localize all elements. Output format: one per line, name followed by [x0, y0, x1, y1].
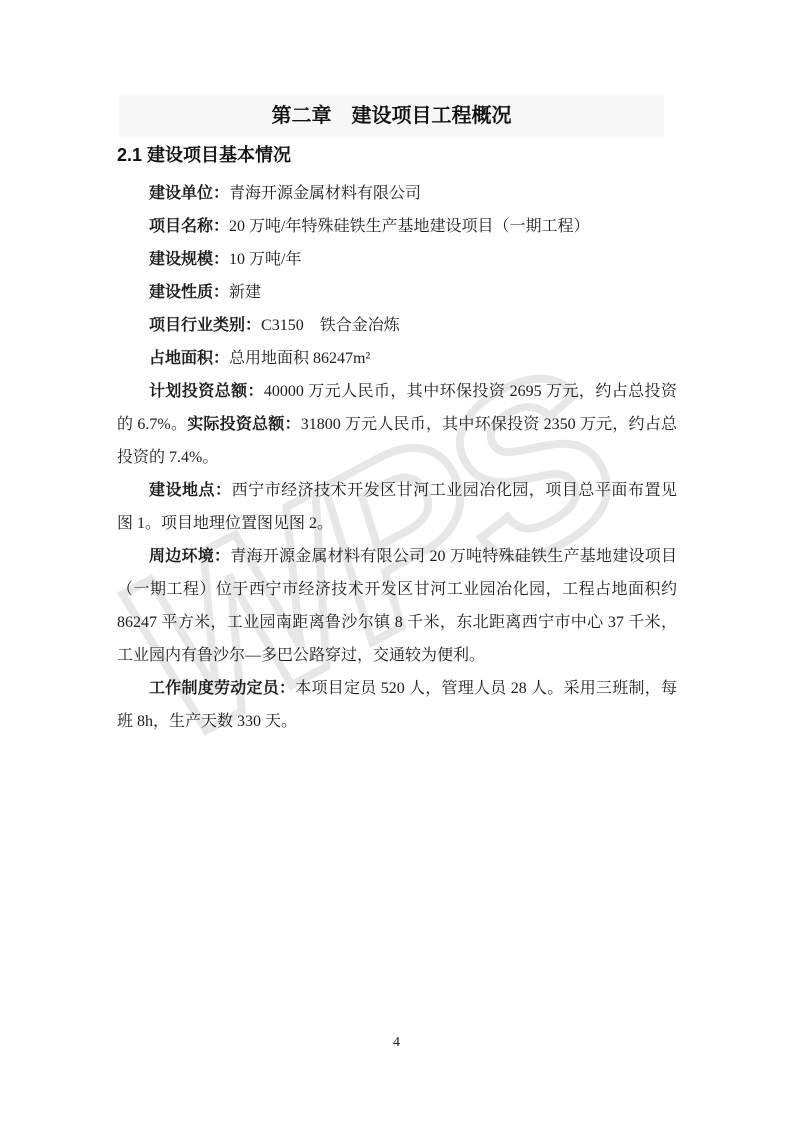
- field-label: 实际投资总额：: [187, 416, 301, 433]
- paragraph: 工作制度劳动定员：本项目定员 520 人，管理人员 28 人。采用三班制，每班 …: [117, 672, 677, 738]
- field-label: 计划投资总额：: [149, 383, 264, 400]
- field-value: 青海开源金属材料有限公司: [229, 185, 421, 202]
- page-content: 第二章 建设项目工程概况 2.1 建设项目基本情况 建设单位：青海开源金属材料有…: [117, 0, 677, 738]
- field-label: 建设单位：: [149, 185, 229, 202]
- paragraph: 建设规模：10 万吨/年: [117, 243, 677, 276]
- field-label: 占地面积：: [149, 350, 229, 367]
- field-value: 新建: [229, 284, 261, 301]
- field-value: 总用地面积 86247m²: [229, 350, 370, 367]
- field-label: 项目行业类别：: [149, 317, 261, 334]
- field-label: 项目名称：: [149, 218, 229, 235]
- paragraph: 建设性质：新建: [117, 276, 677, 309]
- paragraph: 建设单位：青海开源金属材料有限公司: [117, 177, 677, 210]
- field-label: 工作制度劳动定员：: [149, 680, 295, 697]
- section-heading: 2.1 建设项目基本情况: [117, 143, 677, 167]
- document-page: WPS 第二章 建设项目工程概况 2.1 建设项目基本情况 建设单位：青海开源金…: [0, 0, 793, 1122]
- field-label: 建设地点：: [149, 482, 232, 499]
- body-paragraphs: 建设单位：青海开源金属材料有限公司项目名称：20 万吨/年特殊硅铁生产基地建设项…: [117, 177, 677, 738]
- field-value: 20 万吨/年特殊硅铁生产基地建设项目（一期工程）: [229, 218, 589, 235]
- field-value: 青海开源金属材料有限公司 20 万吨特殊硅铁生产基地建设项目（一期工程）位于西宁…: [117, 548, 677, 664]
- field-value: C3150 铁合金冶炼: [261, 317, 400, 334]
- field-value: 10 万吨/年: [229, 251, 301, 268]
- field-label: 周边环境：: [149, 548, 230, 565]
- paragraph: 占地面积：总用地面积 86247m²: [117, 342, 677, 375]
- paragraph: 项目行业类别：C3150 铁合金冶炼: [117, 309, 677, 342]
- paragraph: 建设地点：西宁市经济技术开发区甘河工业园冶化园，项目总平面布置见图 1。项目地理…: [117, 474, 677, 540]
- chapter-title: 第二章 建设项目工程概况: [119, 95, 664, 137]
- paragraph: 计划投资总额：40000 万元人民币，其中环保投资 2695 万元，约占总投资的…: [117, 375, 677, 474]
- paragraph: 项目名称：20 万吨/年特殊硅铁生产基地建设项目（一期工程）: [117, 210, 677, 243]
- field-label: 建设性质：: [149, 284, 229, 301]
- page-number: 4: [0, 1035, 793, 1051]
- field-label: 建设规模：: [149, 251, 229, 268]
- paragraph: 周边环境：青海开源金属材料有限公司 20 万吨特殊硅铁生产基地建设项目（一期工程…: [117, 540, 677, 672]
